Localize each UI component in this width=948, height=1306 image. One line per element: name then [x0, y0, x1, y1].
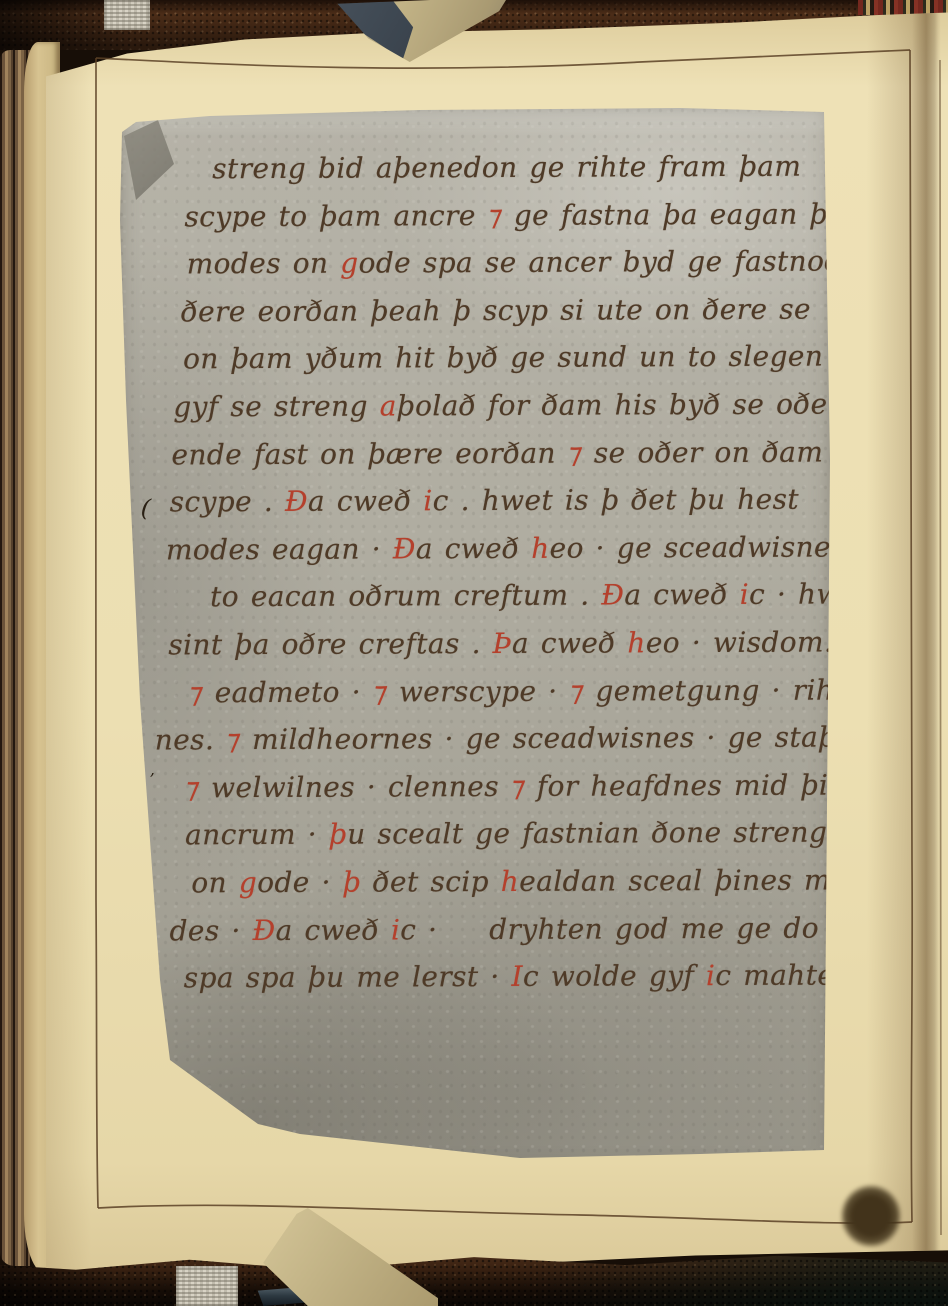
text-run: a cweð [275, 913, 391, 947]
text-run: ancrum · [185, 818, 329, 852]
text-run: on [191, 866, 239, 899]
text-run: scype . [170, 485, 285, 519]
text-run: Ð [393, 532, 416, 565]
text-run: ⁊ [568, 436, 582, 469]
manuscript-text-line: gyf se streng aþolað for ðam his byð se … [173, 381, 821, 431]
text-run: sint þa oðre creftas . [168, 627, 492, 661]
text-run: i [740, 578, 750, 611]
manuscript-text-line: scype . Ða cweð ic . hwet is þ ðet þu he… [170, 476, 822, 526]
text-run: scype to þam ancre [184, 199, 487, 233]
text-run: nes. [155, 723, 226, 756]
text-run: ⁊ [488, 199, 502, 232]
manuscript-text-line: streng bid aþenedon ge rihte fram þam [212, 143, 820, 193]
ink-stain [840, 1184, 902, 1248]
text-run: I [511, 960, 523, 993]
manuscript-text-line: ende fast on þære eorðan ⁊ se oðer on ða… [171, 428, 821, 478]
manuscript-text-line: nes. ⁊ mildheornes · ge sceadwisnes · ge… [155, 714, 823, 765]
parchment-fragment: streng bid aþenedon ge rihte fram þamscy… [116, 104, 834, 1172]
text-run: ⁊ [511, 770, 525, 803]
text-run: c wolde gyf [523, 959, 706, 993]
text-run: se oðer on ðam [582, 435, 823, 469]
text-run: Ð [601, 579, 624, 612]
text-run: h [501, 865, 520, 898]
text-run: ⁊ [226, 723, 240, 756]
manuscript-text-line: scype to þam ancre ⁊ ge fastna þa eagan … [184, 190, 820, 240]
text-run: þ [329, 818, 347, 851]
text-run: ⁊ [373, 675, 387, 708]
text-run: mildheornes · ge sceadwisnes · ge staþin… [240, 720, 905, 756]
manuscript-text-block: streng bid aþenedon ge rihte fram þamscy… [160, 143, 824, 1003]
manuscript-text-line: sint þa oðre creftas . Þa cweð heo · wis… [168, 618, 822, 668]
text-run: c . hwet is þ ðet þu hest [433, 483, 799, 518]
margin-mark: ʼ [149, 770, 154, 789]
text-run: Ð [285, 485, 308, 518]
text-run: i [391, 913, 401, 946]
text-run: h [627, 626, 646, 659]
manuscript-text-line: ⁊ eadmeto · ⁊ werscype · ⁊ gemetgung · r… [188, 666, 822, 716]
text-run: þolað for ðam his byð se oðer [397, 387, 842, 422]
text-run: on þam yðum hit byð ge sund un to slegen [183, 340, 823, 376]
text-run: u scealt ge fastnian ðone streng [347, 816, 827, 851]
text-run: streng bid aþenedon ge rihte fram þam [212, 150, 801, 186]
text-run: h [531, 531, 550, 564]
text-run: g [239, 866, 257, 899]
text-run: a cweð [416, 532, 532, 566]
manuscript-text-line: on gode · þ ðet scip healdan sceal þines… [191, 856, 823, 906]
text-run: c · [400, 913, 449, 946]
text-run: ⁊ [188, 676, 202, 709]
text-run: þ [343, 865, 361, 898]
manuscript-text-line: modes on gode spa se ancer byd ge fastno… [187, 238, 821, 288]
text-run: werscype · [387, 674, 569, 708]
manuscript-text-line: ⁊ welwilnes · clennes ⁊ for heafdnes mid… [185, 761, 823, 811]
text-run: ðere eorðan þeah þ scyp si ute on ðere s… [181, 292, 811, 328]
text-run: ðet scip [361, 865, 501, 899]
manuscript-text-line: ancrum · þu scealt ge fastnian ðone stre… [185, 809, 823, 859]
fabric-tape-top [104, 0, 150, 30]
text-run: a [380, 389, 397, 422]
text-run: a cweð [308, 484, 424, 518]
text-run: i [706, 959, 716, 992]
gutter-shadow [912, 10, 938, 1290]
text-run: ode · [257, 866, 343, 899]
text-run: c mahte. [715, 959, 843, 993]
text-run: ode spa se ancer byd ge fastnod on [358, 244, 890, 279]
manuscript-text-line: on þam yðum hit byð ge sund un to slegen [183, 333, 821, 383]
text-run: modes on [187, 247, 341, 281]
text-run: a cweð [512, 626, 628, 660]
text-run: Þ [493, 627, 512, 660]
text-run: ende fast on þære eorðan [171, 436, 567, 471]
text-run: ealdan sceal þines mo [519, 863, 848, 897]
text-run: eadmeto · [203, 675, 373, 709]
text-run: ⁊ [185, 771, 199, 804]
text-run: i [423, 484, 433, 517]
manuscript-text-line: modes eagan · Ða cweð heo · ge sceadwisn… [166, 523, 822, 573]
text-run: g [340, 247, 358, 280]
endband-top-right [858, 0, 948, 15]
text-run: des · [169, 914, 252, 947]
manuscript-text-line: des · Ða cweð ic · dryhten god me ge do … [169, 904, 823, 954]
text-run: to eacan oðrum creftum . [210, 579, 601, 614]
text-run: dryhten god me ge do eall [489, 911, 883, 946]
text-run: Ð [252, 913, 275, 946]
manuscript-text-line: spa spa þu me lerst · Ic wolde gyf ic ma… [184, 952, 824, 1002]
text-run: spa spa þu me lerst · [184, 960, 512, 994]
manuscript-text-line: ðere eorðan þeah þ scyp si ute on ðere s… [181, 285, 821, 335]
manuscript-text-line: to eacan oðrum creftum . Ða cweð ic · hw… [210, 571, 822, 621]
text-run: eo · ge sceadwisnesse [550, 530, 878, 564]
text-run: gyf se streng [173, 389, 380, 423]
text-run: welwilnes · clennes [199, 770, 511, 804]
fabric-tape-bottom [176, 1266, 238, 1306]
text-run: a cweð [624, 578, 740, 612]
text-run: modes eagan · [166, 532, 393, 566]
text-run: eo · wisdom. [646, 625, 834, 659]
book-photograph: streng bid aþenedon ge rihte fram þamscy… [0, 0, 948, 1306]
text-run: ⁊ [569, 674, 583, 707]
